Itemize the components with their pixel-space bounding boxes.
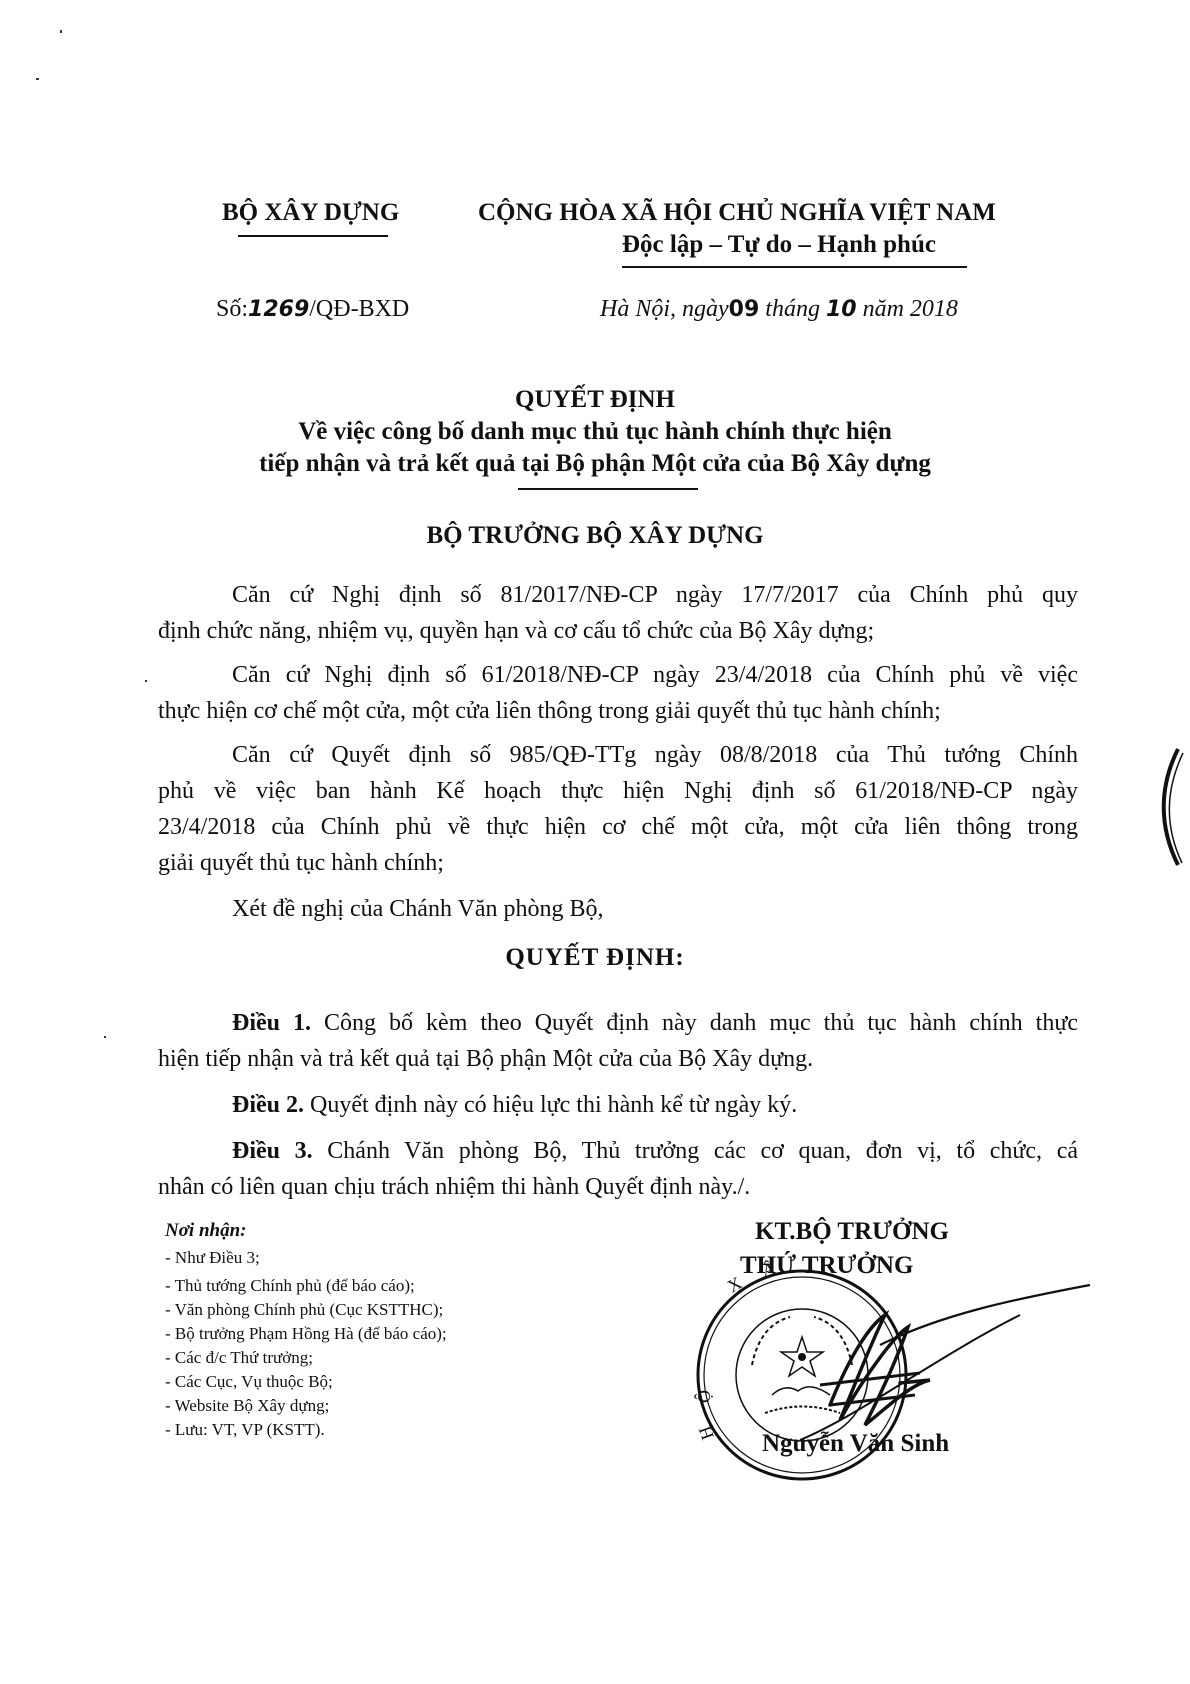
article-2-text: Quyết định này có hiệu lực thi hành kể t… — [304, 1092, 797, 1118]
handwritten-month: 10 — [826, 297, 857, 322]
national-motto: Độc lập – Tự do – Hạnh phúc — [622, 231, 936, 259]
article-2-label: Điều 2. — [232, 1092, 304, 1118]
official-seal-icon: X Â Ộ H — [680, 1255, 1120, 1505]
date-year: năm 2018 — [863, 296, 958, 322]
document-type-title: QUYẾT ĐỊNH — [0, 386, 1190, 414]
scan-speck — [145, 680, 147, 682]
preamble-4-line1: Xét đề nghị của Chánh Văn phòng Bộ, — [158, 896, 1078, 923]
document-subtitle-line2: tiếp nhận và trả kết quả tại Bộ phận Một… — [0, 450, 1190, 478]
number-suffix: /QĐ-BXD — [309, 296, 409, 322]
motto-underline — [622, 266, 967, 268]
agency-underline — [238, 235, 388, 237]
preamble-2-line1: Căn cứ Nghị định số 61/2018/NĐ-CP ngày 2… — [158, 662, 1078, 689]
signature-title-1: KT.BỘ TRƯỞNG — [755, 1218, 949, 1246]
article-3-text: Chánh Văn phòng Bộ, Thủ trưởng các cơ qu… — [313, 1138, 1078, 1164]
document-number: Số:1269/QĐ-BXD — [216, 296, 409, 323]
handwritten-day: 09 — [729, 297, 760, 322]
date-place: Hà Nội, ngày — [600, 296, 729, 322]
article-3-line1: Điều 3. Chánh Văn phòng Bộ, Thủ trưởng c… — [158, 1138, 1078, 1165]
preamble-3-line4: giải quyết thủ tục hành chính; — [158, 850, 1078, 877]
svg-text:Ộ: Ộ — [693, 1390, 714, 1403]
date-month-label: tháng — [765, 296, 820, 322]
recipient-item: - Lưu: VT, VP (KSTT). — [165, 1420, 325, 1440]
handwritten-number: 1269 — [248, 297, 309, 322]
scan-speck — [60, 30, 62, 33]
article-1-line1: Điều 1. Công bố kèm theo Quyết định này … — [158, 1010, 1078, 1037]
preamble-1-line2: định chức năng, nhiệm vụ, quyền hạn và c… — [158, 618, 1078, 645]
article-2-line1: Điều 2. Quyết định này có hiệu lực thi h… — [158, 1092, 1078, 1119]
recipient-item: - Văn phòng Chính phủ (Cục KSTTHC); — [165, 1300, 443, 1320]
recipient-item: - Thủ tướng Chính phủ (để báo cáo); — [165, 1276, 415, 1296]
scan-speck — [104, 1036, 106, 1038]
recipient-item: - Website Bộ Xây dựng; — [165, 1396, 329, 1416]
scan-edge-artifact — [1150, 745, 1190, 870]
preamble-3-line3: 23/4/2018 của Chính phủ về thực hiện cơ … — [158, 814, 1078, 841]
decision-heading: QUYẾT ĐỊNH: — [0, 944, 1190, 972]
preamble-3-line1: Căn cứ Quyết định số 985/QĐ-TTg ngày 08/… — [158, 742, 1078, 769]
article-1-line2: hiện tiếp nhận và trả kết quả tại Bộ phậ… — [158, 1046, 1078, 1073]
svg-text:X: X — [724, 1273, 745, 1297]
recipient-item: - Các đ/c Thứ trưởng; — [165, 1348, 313, 1368]
title-underline — [518, 488, 698, 490]
article-3-label: Điều 3. — [232, 1138, 313, 1164]
preamble-1-line1: Căn cứ Nghị định số 81/2017/NĐ-CP ngày 1… — [158, 582, 1078, 609]
scan-speck — [36, 78, 39, 80]
issuing-authority: BỘ TRƯỞNG BỘ XÂY DỰNG — [0, 522, 1190, 550]
signatory-name: Nguyễn Văn Sinh — [762, 1430, 949, 1458]
svg-text:H: H — [695, 1423, 718, 1442]
article-1-text: Công bố kèm theo Quyết định này danh mục… — [311, 1010, 1078, 1036]
country-name: CỘNG HÒA XÃ HỘI CHỦ NGHĨA VIỆT NAM — [478, 199, 996, 227]
article-3-line2: nhân có liên quan chịu trách nhiệm thi h… — [158, 1174, 1078, 1201]
issue-date: Hà Nội, ngày09 tháng 10 năm 2018 — [600, 296, 958, 323]
recipient-item: - Bộ trưởng Phạm Hồng Hà (để báo cáo); — [165, 1324, 447, 1344]
preamble-3-line2: phủ về việc ban hành Kế hoạch thực hiện … — [158, 778, 1078, 805]
recipient-item: - Như Điều 3; — [165, 1248, 260, 1268]
recipients-heading: Nơi nhận: — [165, 1220, 246, 1242]
number-prefix: Số: — [216, 296, 248, 322]
article-1-label: Điều 1. — [232, 1010, 311, 1036]
recipient-item: - Các Cục, Vụ thuộc Bộ; — [165, 1372, 333, 1392]
preamble-2-line2: thực hiện cơ chế một cửa, một cửa liên t… — [158, 698, 1078, 725]
agency-name: BỘ XÂY DỰNG — [222, 199, 399, 227]
document-subtitle-line1: Về việc công bố danh mục thủ tục hành ch… — [0, 418, 1190, 446]
